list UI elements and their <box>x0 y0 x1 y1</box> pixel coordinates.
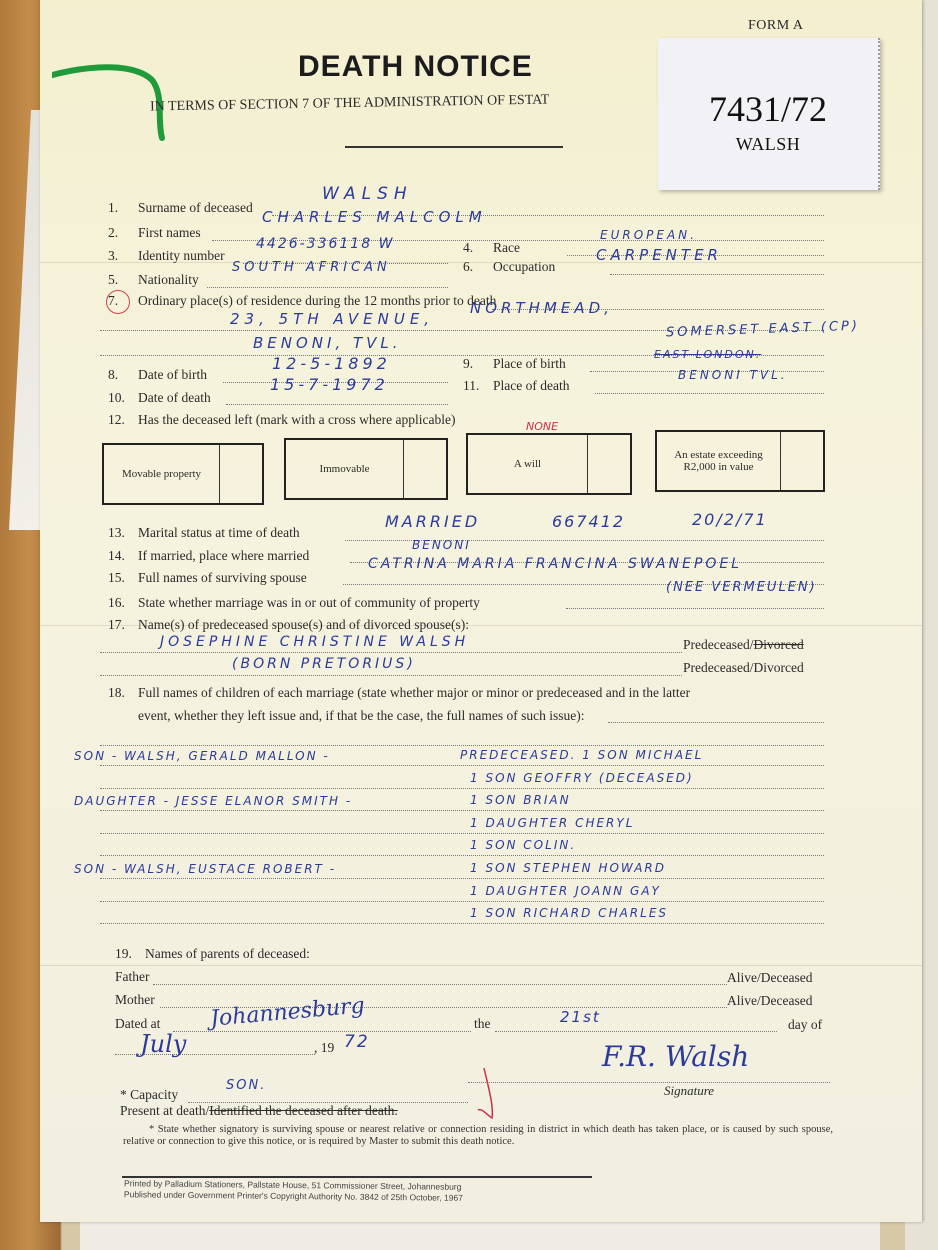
predeceased-status-2: Predeceased/Divorced <box>683 660 804 676</box>
father-line <box>153 984 727 985</box>
title-rule <box>345 146 563 148</box>
father-status: Alive/Deceased <box>727 970 812 986</box>
present-at-death: Present at death/Identified the deceased… <box>120 1103 398 1119</box>
field-death-date-value: 15-7-1972 <box>270 375 389 394</box>
day-of-label: day of <box>788 1017 822 1033</box>
field-birth-date-value: 12-5-1892 <box>272 354 391 373</box>
predeceased-status-1: Predeceased/Divorced <box>683 637 804 653</box>
field-identity-label: 3.Identity number <box>108 248 225 264</box>
will-annotation: NONE <box>526 420 558 433</box>
children-line <box>100 810 824 811</box>
field-surname-label: 1.Surname of deceased <box>108 200 253 216</box>
checkbox-estate-value[interactable]: An estate exceeding R2,000 in value <box>655 430 825 492</box>
child-issue: 1 SON STEPHEN HOWARD <box>470 861 666 875</box>
dated-at-value: Johannesburg <box>209 993 365 1031</box>
mother-status: Alive/Deceased <box>727 993 812 1009</box>
child-issue: 1 DAUGHTER CHERYL <box>470 816 634 830</box>
checkbox-will[interactable]: A will <box>466 433 632 495</box>
field-death-date-label: 10.Date of death <box>108 390 211 406</box>
field-parents-label: 19.Names of parents of deceased: <box>115 946 310 962</box>
form-code: FORM A <box>748 18 804 34</box>
field-surname-value: WALSH <box>322 184 413 204</box>
father-label: Father <box>115 969 150 985</box>
field-community-line <box>566 608 824 609</box>
field-married-place-value: BENONI <box>412 538 471 552</box>
file-number: 7431/72 <box>658 88 878 130</box>
field-predeceased-line-1 <box>100 652 682 653</box>
checkbox-cell[interactable] <box>588 435 630 493</box>
field-birth-date-label: 8.Date of birth <box>108 367 207 383</box>
death-notice-document: FORM A DEATH NOTICE IN TERMS OF SECTION … <box>40 0 922 1222</box>
child-issue: 1 SON GEOFFRY (DECEASED) <box>470 771 694 785</box>
day-value: 21st <box>560 1008 601 1026</box>
field-death-place-value: BENONI TVL. <box>678 368 788 382</box>
field-children-label-2: event, whether they left issue and, if t… <box>138 708 584 724</box>
checkbox-cell[interactable] <box>404 440 446 498</box>
field-spouse-label: 15.Full names of surviving spouse <box>108 570 307 586</box>
capacity-label: * Capacity <box>120 1087 178 1103</box>
field-residence-value-1b: NORTHMEAD, <box>470 299 613 317</box>
signature-label: Signature <box>664 1083 714 1099</box>
field-birth-place-struck-value: EAST LONDON. <box>654 348 761 361</box>
child-issue: PREDECEASED. 1 SON MICHAEL <box>460 748 703 762</box>
field-race-label: 4.Race <box>463 240 520 256</box>
field-nationality-line <box>207 287 448 288</box>
mother-label: Mother <box>115 992 155 1008</box>
field-community-label: 16.State whether marriage was in or out … <box>108 595 480 611</box>
field-occupation-line <box>610 274 824 275</box>
field-first-names-value: CHARLES MALCOLM <box>262 208 487 226</box>
field-birth-place-value: SOMERSET EAST (CP) <box>666 319 860 341</box>
field-marital-ref: 667412 <box>552 512 625 531</box>
year-value: 72 <box>344 1032 370 1052</box>
child-name: SON - WALSH, GERALD MALLON - <box>74 749 330 763</box>
field-death-date-line <box>226 404 448 405</box>
child-name: SON - WALSH, EUSTACE ROBERT - <box>74 862 336 876</box>
field-marital-value: MARRIED <box>385 512 480 531</box>
children-line <box>100 878 824 879</box>
checkbox-cell[interactable] <box>781 432 823 490</box>
field-community-value: (NEE VERMEULEN) <box>666 580 817 595</box>
field-occupation-value: CARPENTER <box>596 246 722 264</box>
field-predeceased-value-2: (BORN PRETORIUS) <box>232 656 416 672</box>
children-line <box>100 855 824 856</box>
day-line <box>495 1031 777 1032</box>
file-name: WALSH <box>658 134 878 155</box>
child-issue: 1 SON COLIN. <box>470 838 576 852</box>
paper-fold <box>40 965 922 966</box>
field-nationality-label: 5.Nationality <box>108 272 199 288</box>
red-tick-mark <box>472 1066 502 1122</box>
the-label: the <box>474 1016 491 1032</box>
checkbox-immovable[interactable]: Immovable <box>284 438 448 500</box>
field-marital-date: 20/2/71 <box>692 510 768 529</box>
field-identity-value: 4426-336118 W <box>256 236 394 252</box>
field-death-place-line <box>595 393 824 394</box>
field-death-place-label: 11.Place of death <box>463 378 569 394</box>
field-married-place-label: 14.If married, place where married <box>108 548 309 564</box>
document-subtitle: IN TERMS OF SECTION 7 OF THE ADMINISTRAT… <box>150 93 550 116</box>
children-line <box>100 765 824 766</box>
printer-info: Printed by Palladium Stationers, Pallsta… <box>124 1178 463 1203</box>
child-issue: 1 DAUGHTER JOANN GAY <box>470 884 661 898</box>
signature-line <box>468 1082 830 1083</box>
children-line <box>100 745 824 746</box>
field-left-label: 12.Has the deceased left (mark with a cr… <box>108 412 455 428</box>
footer-rule <box>122 1176 592 1178</box>
children-line <box>100 833 824 834</box>
field-predeceased-line-2 <box>100 675 682 676</box>
field-children-label: 18.Full names of children of each marria… <box>108 685 690 701</box>
children-line <box>608 722 824 723</box>
field-predeceased-value-1: JOSEPHINE CHRISTINE WALSH <box>160 634 469 650</box>
signature-value: F.R. Walsh <box>602 1040 749 1073</box>
field-nationality-value: SOUTH AFRICAN <box>232 260 391 275</box>
children-line <box>100 901 824 902</box>
checkbox-cell[interactable] <box>220 445 262 503</box>
footnote: * State whether signatory is surviving s… <box>123 1124 833 1148</box>
field-residence-label: 7.Ordinary place(s) of residence during … <box>108 293 496 309</box>
month-value: July <box>140 1030 186 1058</box>
field-race-value: EUROPEAN. <box>600 228 697 242</box>
children-line <box>100 788 824 789</box>
field-marital-label: 13.Marital status at time of death <box>108 525 300 541</box>
document-title: DEATH NOTICE <box>298 50 533 84</box>
checkbox-movable-property[interactable]: Movable property <box>102 443 264 505</box>
child-name: DAUGHTER - JESSE ELANOR SMITH - <box>74 794 352 808</box>
field-residence-value-2: BENONI, TVL. <box>253 334 402 352</box>
year-prefix: , 19 <box>314 1040 334 1056</box>
field-predeceased-label: 17.Name(s) of predeceased spouse(s) and … <box>108 617 469 633</box>
field-birth-place-label: 9.Place of birth <box>463 356 566 372</box>
file-tag: 7431/72 WALSH <box>658 38 880 190</box>
child-issue: 1 SON BRIAN <box>470 793 571 807</box>
field-occupation-label: 6.Occupation <box>463 259 555 275</box>
field-spouse-value: CATRINA MARIA FRANCINA SWANEPOEL <box>368 556 742 572</box>
field-first-names-label: 2.First names <box>108 225 201 241</box>
child-issue: 1 SON RICHARD CHARLES <box>470 906 668 920</box>
capacity-value: SON. <box>226 1078 266 1093</box>
children-line <box>100 923 824 924</box>
field-residence-value-1: 23, 5TH AVENUE, <box>230 310 434 328</box>
